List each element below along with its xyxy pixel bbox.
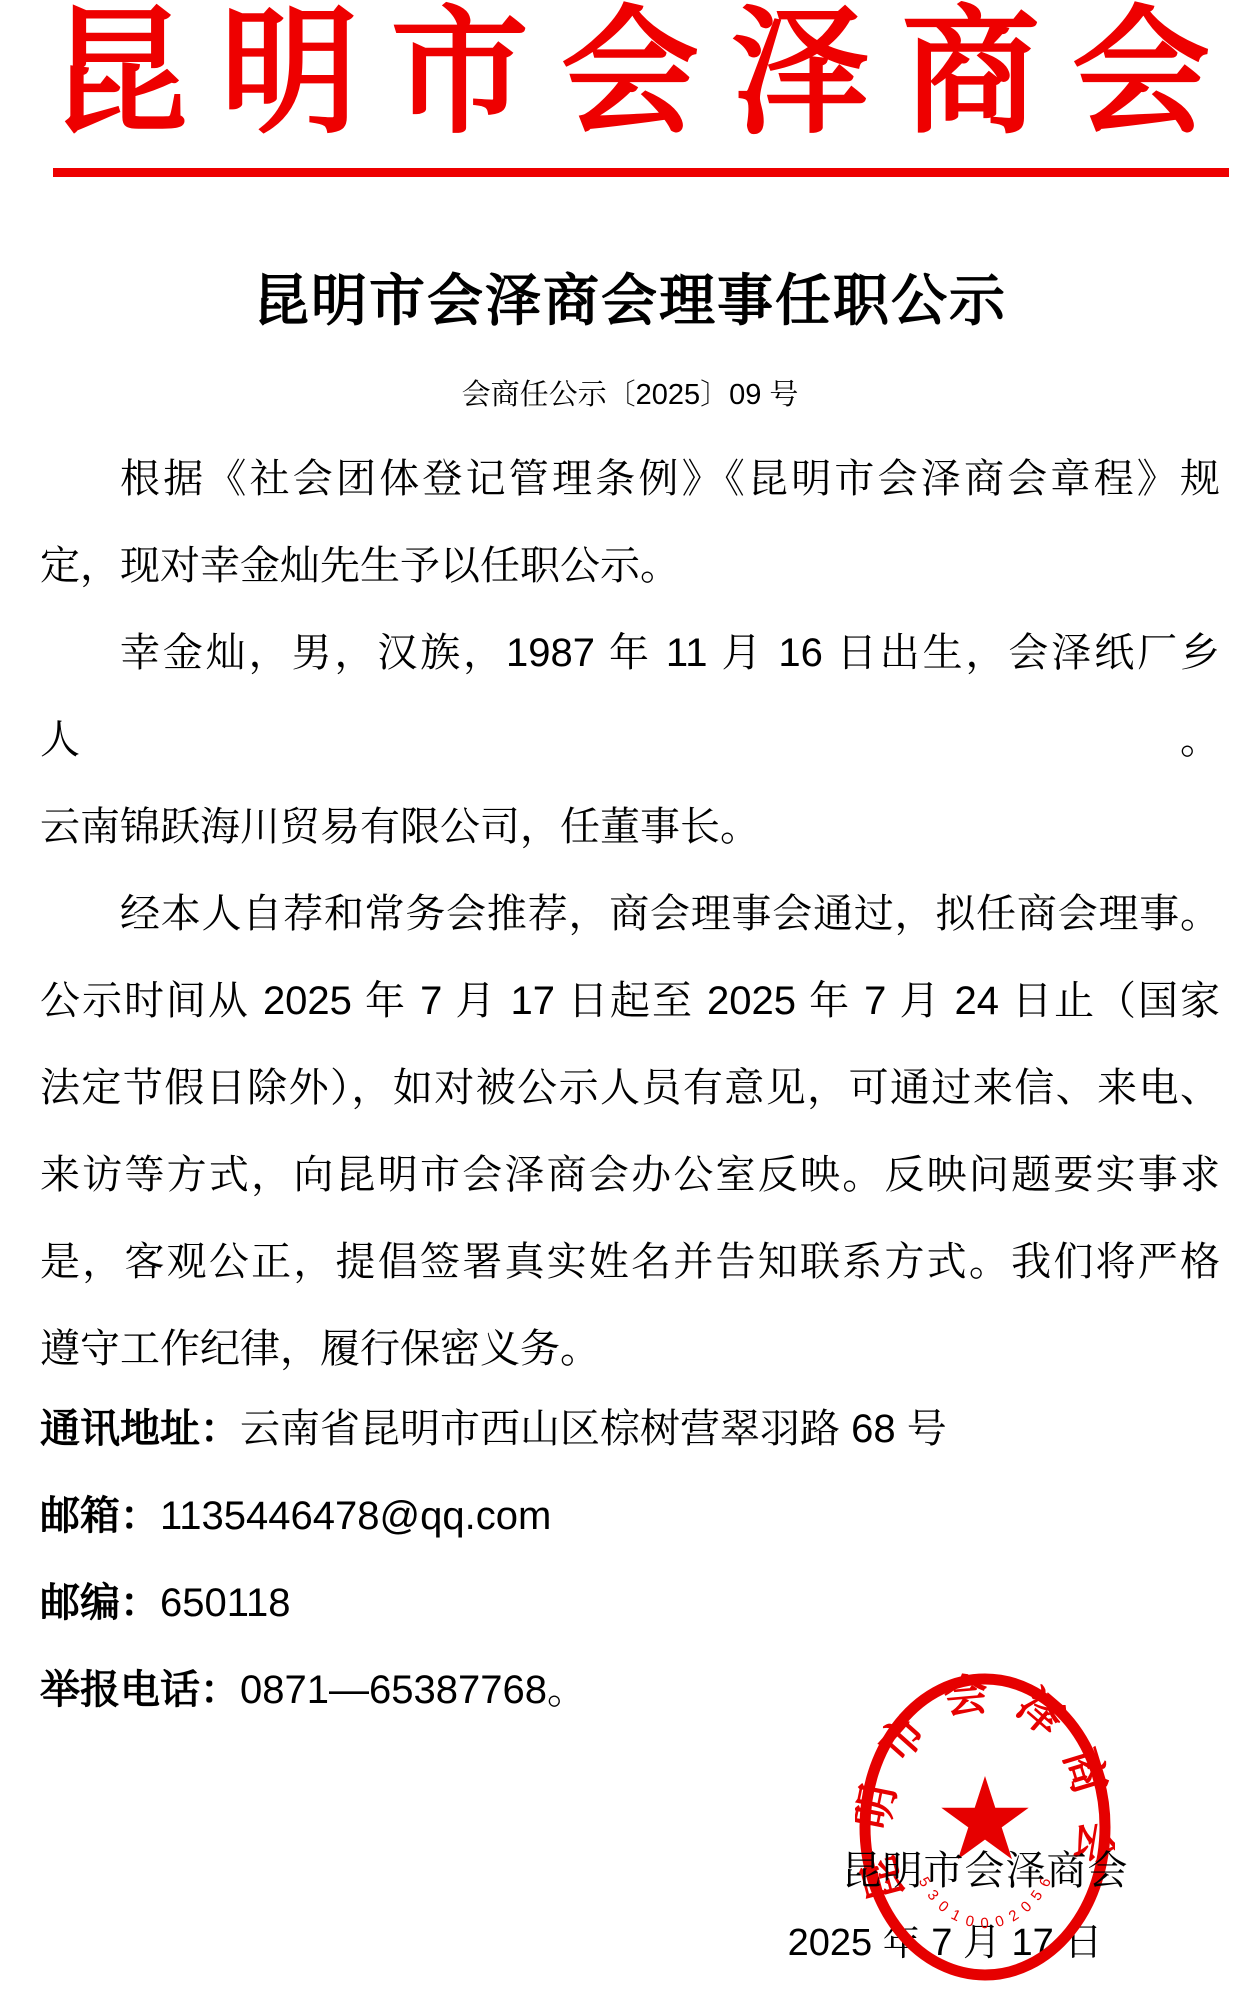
document-number: 会商任公示〔2025〕09 号 xyxy=(0,378,1260,413)
body-line: 定，现对幸金灿先生予以任职公示。 xyxy=(40,523,1220,610)
contact-label: 邮编： xyxy=(40,1581,160,1625)
masthead-char: 市 xyxy=(391,4,529,142)
contact-value: 650118 xyxy=(160,1581,291,1625)
contact-label: 邮箱： xyxy=(40,1494,160,1538)
masthead-char: 商 xyxy=(902,4,1040,142)
contact-value: 云南省昆明市西山区棕树营翠羽路 68 号 xyxy=(240,1407,947,1451)
body-line: 遵守工作纪律，履行保密义务。 xyxy=(40,1306,1220,1393)
org-masthead: 昆 明 市 会 泽 商 会 xyxy=(50,4,1210,144)
signature-org-name: 昆明市会泽商会 xyxy=(835,1847,1135,1895)
body-line: 幸金灿，男，汉族，1987 年 11 月 16 日出生，会泽纸厂乡人。 xyxy=(40,610,1220,784)
masthead-char: 会 xyxy=(1072,4,1210,142)
contact-line-email: 邮箱：1135446478@qq.com xyxy=(40,1473,1220,1560)
body-line: 法定节假日除外），如对被公示人员有意见，可通过来信、来电、 xyxy=(40,1045,1220,1132)
masthead-char: 泽 xyxy=(731,4,869,142)
official-seal: 昆明市会泽商会 5301000205656 xyxy=(855,1672,1115,1982)
masthead-char: 明 xyxy=(220,4,358,142)
body-text: 根据《社会团体登记管理条例》《昆明市会泽商会章程》规 定，现对幸金灿先生予以任职… xyxy=(40,436,1220,1393)
body-line: 根据《社会团体登记管理条例》《昆明市会泽商会章程》规 xyxy=(40,436,1220,523)
contact-line-address: 通讯地址：云南省昆明市西山区棕树营翠羽路 68 号 xyxy=(40,1386,1220,1473)
masthead-char: 昆 xyxy=(50,4,188,142)
masthead-char: 会 xyxy=(561,4,699,142)
document-page: 昆 明 市 会 泽 商 会 昆明市会泽商会理事任职公示 会商任公示〔2025〕0… xyxy=(0,0,1260,2014)
body-line: 云南锦跃海川贸易有限公司，任董事长。 xyxy=(40,784,1220,871)
body-line: 经本人自荐和常务会推荐，商会理事会通过，拟任商会理事。 xyxy=(40,871,1220,958)
contact-value: 0871—65387768。 xyxy=(240,1668,587,1712)
body-line: 来访等方式，向昆明市会泽商会办公室反映。反映问题要实事求 xyxy=(40,1132,1220,1219)
body-line: 公示时间从 2025 年 7 月 17 日起至 2025 年 7 月 24 日止… xyxy=(40,958,1220,1045)
body-line: 是，客观公正，提倡签署真实姓名并告知联系方式。我们将严格 xyxy=(40,1219,1220,1306)
seal-graphic: 昆明市会泽商会 5301000205656 xyxy=(855,1672,1115,1982)
contact-value: 1135446478@qq.com xyxy=(160,1494,551,1538)
contact-label: 通讯地址： xyxy=(40,1407,240,1451)
page-title: 昆明市会泽商会理事任职公示 xyxy=(0,267,1260,334)
contact-line-postcode: 邮编：650118 xyxy=(40,1560,1220,1647)
red-divider-line xyxy=(53,168,1229,177)
contact-label: 举报电话： xyxy=(40,1668,240,1712)
